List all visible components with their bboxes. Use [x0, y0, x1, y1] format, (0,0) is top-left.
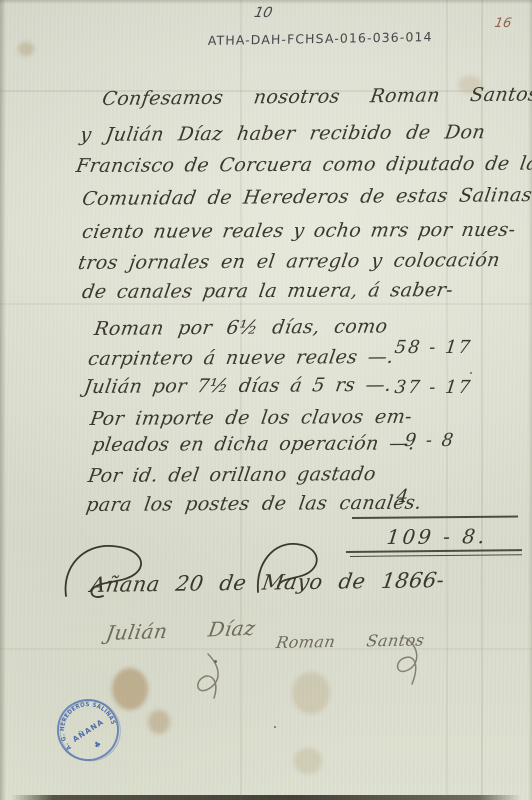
signature-julian-diaz: Julián Díaz [104, 617, 257, 644]
page-edge-right [528, 0, 532, 800]
account-line: pleados en dicha operación —. [91, 432, 417, 456]
account-line: Por id. del orillano gastado [87, 463, 378, 487]
fold-crease-vertical [481, 0, 483, 800]
stain [148, 710, 170, 734]
manuscript-page: 10 16 ATHA-DAH-FCHSA-016-036-014 Confesa… [0, 0, 532, 800]
archival-reference: ATHA-DAH-FCHSA-016-036-014 [208, 29, 433, 48]
page-edge-bottom [0, 795, 532, 800]
account-line: para los postes de las canales. [85, 492, 424, 516]
signature-flourish-icon [186, 652, 230, 702]
speck [470, 372, 472, 374]
page-edge-top [0, 0, 532, 4]
stain [18, 42, 34, 56]
account-line: Julián por 7½ días á 5 rs —. [83, 374, 394, 398]
folio-number: 16 [493, 16, 512, 31]
page-number: 10 [253, 5, 274, 21]
date-line: Añana 20 de Mayo de 1866- [89, 569, 446, 596]
archive-stamp: A. G. HEREDEROS SALINAS AÑANA ♣ [30, 672, 146, 788]
body-line: Comunidad de Herederos de estas Salinas [81, 184, 532, 210]
body-line: ciento nueve reales y ocho mrs por nues- [81, 219, 518, 243]
sum-rule [352, 516, 518, 519]
account-amount: 37 - 17 [393, 377, 473, 399]
stamp-center-text: AÑANA [71, 717, 106, 744]
body-line: tros jornales en el arreglo y colocación [77, 249, 502, 274]
total-amount: 109 - 8. [385, 525, 488, 548]
stain [294, 748, 322, 774]
body-line: de canales para la muera, á saber- [81, 279, 455, 303]
fold-crease-horizontal [0, 303, 532, 305]
account-amount: 9 - 8 [403, 430, 456, 452]
fold-crease-vertical [446, 0, 448, 800]
club-icon: ♣ [92, 739, 103, 750]
account-line: carpintero á nueve reales —. [87, 346, 396, 370]
stain [292, 672, 330, 714]
total-rule [346, 549, 522, 553]
page-edge-left [0, 0, 6, 800]
fold-crease-vertical [240, 0, 242, 800]
fold-crease-horizontal [0, 648, 532, 650]
account-line: Roman por 6½ días, como [93, 315, 389, 340]
signature-flourish-icon [388, 636, 428, 688]
total-rule [350, 554, 522, 557]
account-amount: 58 - 17 [393, 337, 473, 359]
account-amount: 4 [395, 486, 411, 508]
body-line: Confesamos nosotros Roman Santos [101, 83, 532, 110]
speck [274, 726, 276, 728]
account-line: Por importe de los clavos em- [89, 406, 414, 430]
body-line: Francisco de Corcuera como diputado de l… [75, 153, 532, 177]
body-line: y Julián Díaz haber recibido de Don [79, 121, 487, 146]
